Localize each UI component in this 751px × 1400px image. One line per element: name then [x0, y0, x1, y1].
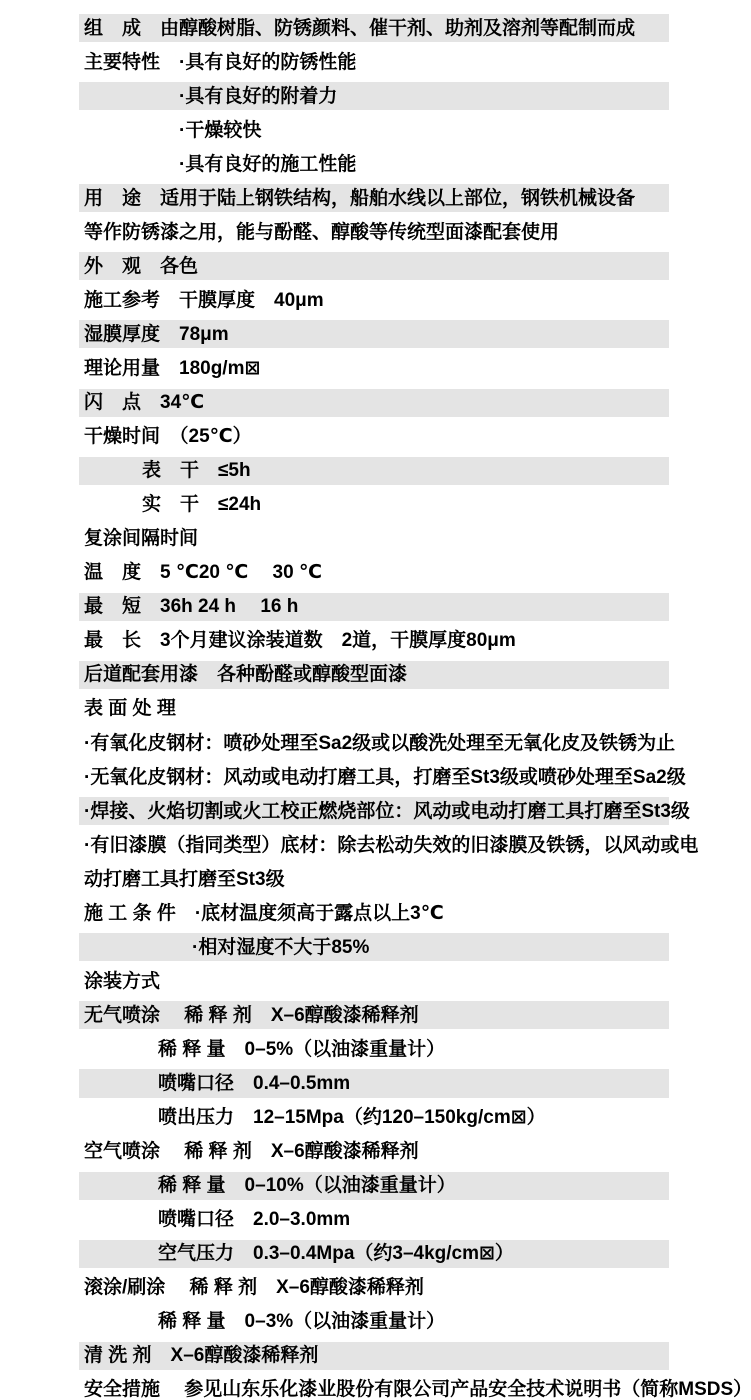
- spec-row-text: 稀 释 量 0–10%（以油漆重量计）: [158, 1176, 456, 1195]
- spec-row: 理论用量 180g/m⊠: [79, 351, 669, 385]
- spec-row: 用 途 适用于陆上钢铁结构，船舶水线以上部位，钢铁机械设备: [79, 181, 669, 215]
- spec-row-text: 闪 点 34℃: [84, 393, 204, 412]
- spec-row-text: 清 洗 剂 X–6醇酸漆稀释剂: [84, 1346, 318, 1365]
- spec-row-text: 稀 释 量 0–5%（以油漆重量计）: [158, 1040, 445, 1059]
- spec-row: 动打磨工具打磨至St3级: [79, 862, 669, 896]
- spec-row: 等作防锈漆之用，能与酚醛、醇酸等传统型面漆配套使用: [79, 215, 669, 249]
- spec-row: ·无氧化皮钢材：风动或电动打磨工具，打磨至St3级或喷砂处理至Sa2级: [79, 760, 669, 794]
- spec-row: ·相对湿度不大于85%: [79, 930, 669, 964]
- spec-row-text: 表 干 ≤5h: [142, 461, 251, 480]
- spec-row-text: 外 观 各色: [84, 257, 198, 276]
- spec-row-text: 喷嘴口径 2.0–3.0mm: [158, 1210, 350, 1229]
- spec-row: ·干燥较快: [79, 113, 669, 147]
- spec-row: 清 洗 剂 X–6醇酸漆稀释剂: [79, 1339, 669, 1373]
- spec-row: 安全措施 参见山东乐化漆业股份有限公司产品安全技术说明书（简称MSDS）: [79, 1373, 669, 1400]
- spec-row-text: 最 短 36h 24 h 16 h: [84, 597, 298, 616]
- spec-row: ·具有良好的施工性能: [79, 147, 669, 181]
- spec-row: 主要特性 ·具有良好的防锈性能: [79, 45, 669, 79]
- spec-row-text: ·焊接、火焰切割或火工校正燃烧部位：风动或电动打磨工具打磨至St3级: [84, 802, 690, 821]
- spec-row-text: ·干燥较快: [179, 121, 261, 140]
- spec-row: ·有旧漆膜（指同类型）底材：除去松动失效的旧漆膜及铁锈，以风动或电: [79, 828, 669, 862]
- spec-row: 复涂间隔时间: [79, 522, 669, 556]
- spec-row: 实 干 ≤24h: [79, 488, 669, 522]
- spec-row-text: ·具有良好的施工性能: [179, 155, 356, 174]
- spec-row: 喷嘴口径 2.0–3.0mm: [79, 1203, 669, 1237]
- spec-row-text: 稀 释 量 0–3%（以油漆重量计）: [158, 1312, 445, 1331]
- spec-row-text: 空气压力 0.3–0.4Mpa（约3–4kg/cm⊠）: [158, 1244, 514, 1263]
- spec-row: 空气喷涂 稀 释 剂 X–6醇酸漆稀释剂: [79, 1135, 669, 1169]
- spec-row: 温 度 5 ℃20 ℃ 30 ℃: [79, 556, 669, 590]
- spec-row: 表 面 处 理: [79, 692, 669, 726]
- spec-row: 涂装方式: [79, 964, 669, 998]
- spec-row: 稀 释 量 0–5%（以油漆重量计）: [79, 1032, 669, 1066]
- spec-row-text: 实 干 ≤24h: [142, 495, 261, 514]
- spec-row-text: 涂装方式: [84, 972, 160, 991]
- spec-row-text: ·有旧漆膜（指同类型）底材：除去松动失效的旧漆膜及铁锈，以风动或电: [84, 836, 698, 855]
- spec-row: 施工参考 干膜厚度 40μm: [79, 283, 669, 317]
- spec-row-text: 干燥时间 （25℃）: [84, 427, 252, 446]
- spec-row-text: 组 成 由醇酸树脂、防锈颜料、催干剂、助剂及溶剂等配制而成: [84, 19, 635, 38]
- spec-row-text: 等作防锈漆之用，能与酚醛、醇酸等传统型面漆配套使用: [84, 223, 559, 242]
- spec-row: 无气喷涂 稀 释 剂 X–6醇酸漆稀释剂: [79, 998, 669, 1032]
- spec-row: 湿膜厚度 78μm: [79, 317, 669, 351]
- spec-row-text: 安全措施 参见山东乐化漆业股份有限公司产品安全技术说明书（简称MSDS）: [84, 1380, 751, 1399]
- spec-row: 闪 点 34℃: [79, 386, 669, 420]
- spec-row-text: ·无氧化皮钢材：风动或电动打磨工具，打磨至St3级或喷砂处理至Sa2级: [84, 768, 686, 787]
- spec-row: 稀 释 量 0–10%（以油漆重量计）: [79, 1169, 669, 1203]
- spec-row-text: ·具有良好的附着力: [179, 87, 337, 106]
- spec-row-text: 无气喷涂 稀 释 剂 X–6醇酸漆稀释剂: [84, 1006, 419, 1025]
- spec-row-text: 后道配套用漆 各种酚醛或醇酸型面漆: [84, 665, 407, 684]
- spec-row: ·有氧化皮钢材：喷砂处理至Sa2级或以酸洗处理至无氧化皮及铁锈为止: [79, 726, 669, 760]
- spec-row: 外 观 各色: [79, 249, 669, 283]
- spec-row: 施 工 条 件 ·底材温度须高于露点以上3℃: [79, 896, 669, 930]
- spec-row: 最 长 3个月建议涂装道数 2道，干膜厚度80μm: [79, 624, 669, 658]
- spec-row-text: 用 途 适用于陆上钢铁结构，船舶水线以上部位，钢铁机械设备: [84, 189, 635, 208]
- spec-row: ·具有良好的附着力: [79, 79, 669, 113]
- spec-row: 喷嘴口径 0.4–0.5mm: [79, 1066, 669, 1100]
- spec-row: 滚涂/刷涂 稀 释 剂 X–6醇酸漆稀释剂: [79, 1271, 669, 1305]
- spec-row: 组 成 由醇酸树脂、防锈颜料、催干剂、助剂及溶剂等配制而成: [79, 11, 669, 45]
- spec-row-text: 施 工 条 件 ·底材温度须高于露点以上3℃: [84, 904, 444, 923]
- spec-row: ·焊接、火焰切割或火工校正燃烧部位：风动或电动打磨工具打磨至St3级: [79, 794, 669, 828]
- spec-row-text: 空气喷涂 稀 释 剂 X–6醇酸漆稀释剂: [84, 1142, 419, 1161]
- spec-row-text: 滚涂/刷涂 稀 释 剂 X–6醇酸漆稀释剂: [84, 1278, 424, 1297]
- spec-row: 最 短 36h 24 h 16 h: [79, 590, 669, 624]
- spec-rows: 组 成 由醇酸树脂、防锈颜料、催干剂、助剂及溶剂等配制而成主要特性 ·具有良好的…: [79, 11, 669, 1400]
- spec-row-text: 施工参考 干膜厚度 40μm: [84, 291, 324, 310]
- spec-row-text: 喷出压力 12–15Mpa（约120–150kg/cm⊠）: [158, 1108, 546, 1127]
- spec-row-text: 湿膜厚度 78μm: [84, 325, 229, 344]
- spec-row-text: ·有氧化皮钢材：喷砂处理至Sa2级或以酸洗处理至无氧化皮及铁锈为止: [84, 734, 675, 753]
- spec-row-text: ·相对湿度不大于85%: [192, 938, 369, 957]
- spec-row-text: 表 面 处 理: [84, 699, 176, 718]
- spec-row: 干燥时间 （25℃）: [79, 420, 669, 454]
- spec-row-text: 理论用量 180g/m⊠: [84, 359, 260, 378]
- spec-row-text: 复涂间隔时间: [84, 529, 198, 548]
- spec-row-text: 动打磨工具打磨至St3级: [84, 870, 285, 889]
- spec-row: 喷出压力 12–15Mpa（约120–150kg/cm⊠）: [79, 1101, 669, 1135]
- spec-row-text: 最 长 3个月建议涂装道数 2道，干膜厚度80μm: [84, 631, 516, 650]
- spec-row: 空气压力 0.3–0.4Mpa（约3–4kg/cm⊠）: [79, 1237, 669, 1271]
- technical-data-sheet: 组 成 由醇酸树脂、防锈颜料、催干剂、助剂及溶剂等配制而成主要特性 ·具有良好的…: [0, 0, 751, 1400]
- spec-row-text: 喷嘴口径 0.4–0.5mm: [158, 1074, 350, 1093]
- spec-row: 表 干 ≤5h: [79, 454, 669, 488]
- spec-row: 后道配套用漆 各种酚醛或醇酸型面漆: [79, 658, 669, 692]
- spec-row-text: 主要特性 ·具有良好的防锈性能: [84, 53, 356, 72]
- spec-row-text: 温 度 5 ℃20 ℃ 30 ℃: [84, 563, 322, 582]
- spec-row: 稀 释 量 0–3%（以油漆重量计）: [79, 1305, 669, 1339]
